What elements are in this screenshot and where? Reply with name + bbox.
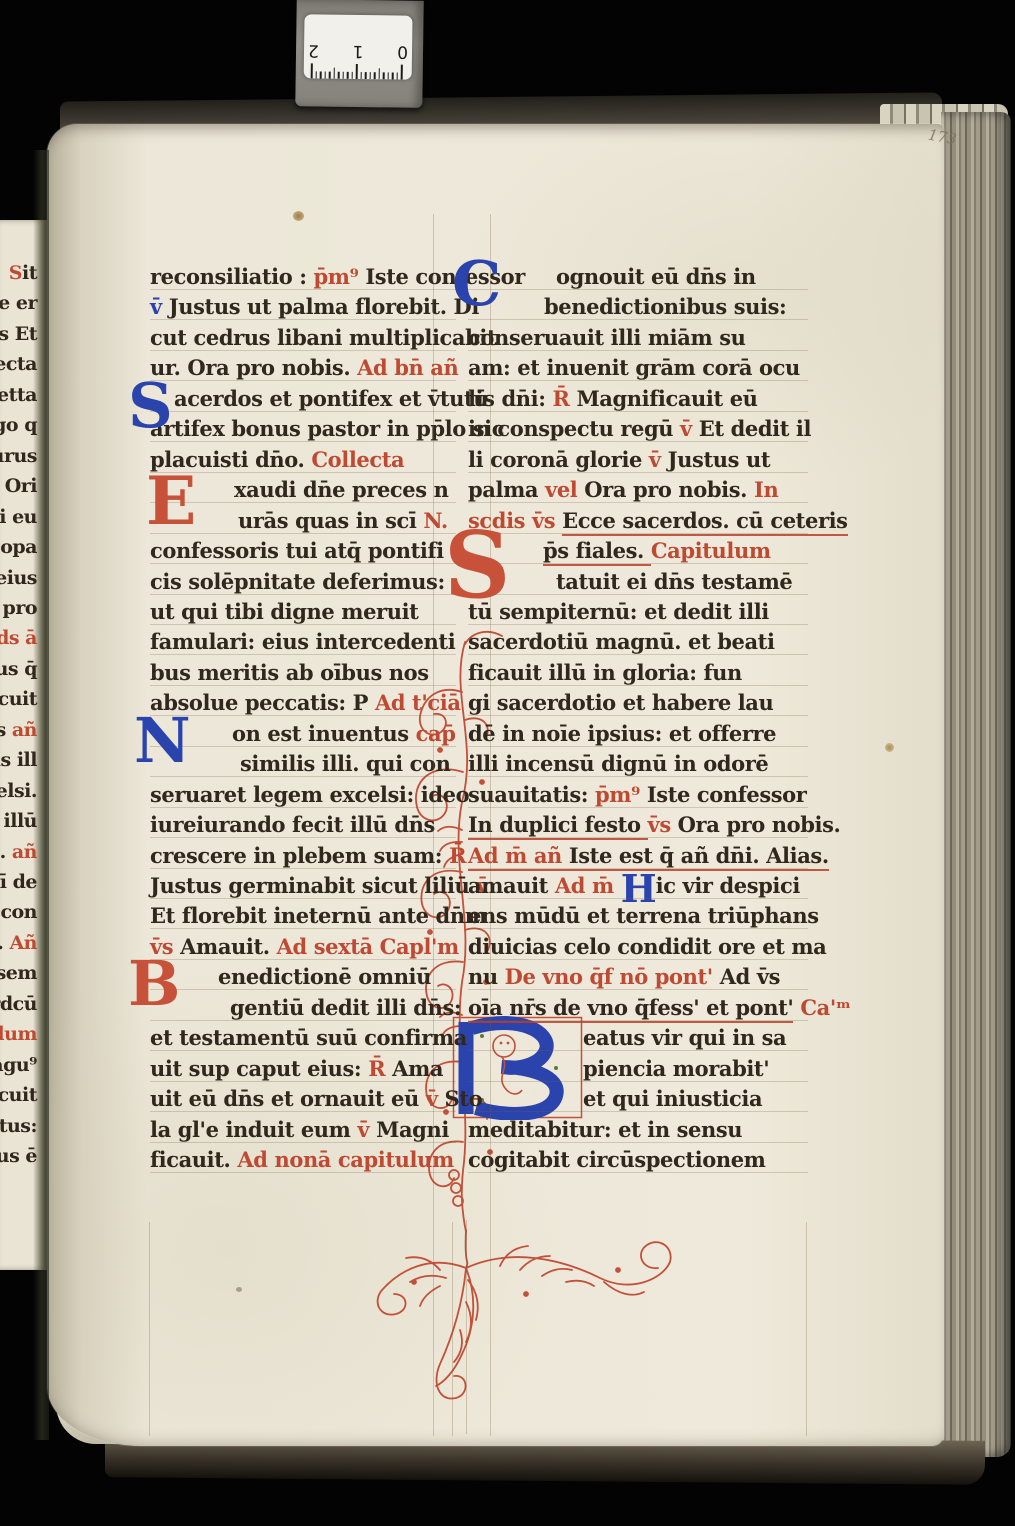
ruling-line xyxy=(150,685,456,686)
ruling-line xyxy=(150,1142,456,1143)
fragment-line: nturus xyxy=(0,445,37,467)
fragment-line: acuit xyxy=(0,1084,37,1106)
ruling-line xyxy=(150,350,456,351)
text-segment: urās quas in scī xyxy=(238,508,423,533)
text-segment: artifex bonus pastor in pp̄lo sic xyxy=(150,416,504,441)
fragment-line: rdcū xyxy=(0,993,37,1015)
fragment-line: qui eu xyxy=(0,506,37,528)
previous-page-text-fragments: Sitrne ers Etectauettago qnturusv̄ Oriqu… xyxy=(0,220,47,1270)
text-segment: in conspectu regū xyxy=(468,416,680,441)
text-segment: Justus germinabit sicut liliū xyxy=(150,873,476,898)
text-line: li coronā glorie v̄ Justus ut xyxy=(468,445,770,474)
text-line: et qui iniusticia xyxy=(583,1084,762,1113)
text-segment: añ xyxy=(12,841,37,863)
text-segment: v̄ xyxy=(150,294,169,319)
ruling-line xyxy=(468,928,808,929)
text-line: diuicias celo condidit ore et ma xyxy=(468,932,826,961)
text-segment: iureiurando fecit illū dn̄s xyxy=(150,812,435,837)
text-segment: dē in noīe ipsius: et offerre xyxy=(468,721,776,746)
text-segment: conseruauit illi miām su xyxy=(468,325,746,350)
text-segment: Añ xyxy=(9,932,37,954)
text-segment: sem xyxy=(0,962,37,984)
ruling-line xyxy=(150,837,456,838)
text-line: nu De vno q̄f nō pont' Ad v̄s xyxy=(468,962,780,991)
text-segment: tū sempiternū: et dedit illi xyxy=(468,599,769,624)
fragment-line: tus ē xyxy=(0,1145,37,1167)
text-segment: uī de xyxy=(0,871,37,893)
ruling-line xyxy=(468,776,808,777)
text-segment: Ama xyxy=(392,1056,443,1081)
text-segment: seruaret legem excelsi: ideo xyxy=(150,782,469,807)
ruling-line xyxy=(468,959,808,960)
text-segment: De vno q̄f nō pont' xyxy=(505,964,720,989)
text-line: on est inuentus cap̄ xyxy=(232,719,456,748)
text-segment: lum xyxy=(0,1023,37,1045)
versal-initial-S: S xyxy=(128,380,173,433)
text-segment: uā. xyxy=(0,841,12,863)
text-segment: cut cedrus libani multiplicabit xyxy=(150,325,496,350)
text-segment: la gl'e induit eum xyxy=(150,1117,357,1142)
text-line: benedictionibus suis: xyxy=(544,292,786,321)
text-segment: rdcū xyxy=(0,993,37,1015)
text-segment: v̄ xyxy=(426,1086,445,1111)
text-line: crescere in plebem suam: R̄ xyxy=(150,841,466,870)
fragment-line: v̄ Ori xyxy=(0,475,37,497)
fragment-line: istus: xyxy=(0,1115,37,1137)
ruling-line xyxy=(468,1172,808,1173)
text-segment: ens mūdū et terrena triūphans xyxy=(468,903,819,928)
text-segment: uit eū dn̄s et ornauit eū xyxy=(150,1086,426,1111)
text-segment: rne er xyxy=(0,292,37,314)
text-line: scdis v̄s Ecce sacerdos. cū ceteris xyxy=(468,506,848,535)
text-line: seruaret legem excelsi: ideo xyxy=(150,780,469,809)
text-segment: ur. Ora pro nobis. xyxy=(150,355,357,380)
text-line: cut cedrus libani multiplicabit xyxy=(150,323,496,352)
ruling-line-vertical xyxy=(149,1222,150,1436)
text-segment: Et florebit ineternū ante dn̄m xyxy=(150,903,487,928)
versal-initial-S: S xyxy=(444,526,510,604)
text-line: dē in noīe ipsius: et offerre xyxy=(468,719,776,748)
text-segment: li coronā glorie xyxy=(468,447,649,472)
text-segment: gentiū dedit illi dn̄s: xyxy=(230,995,461,1020)
ruling-line xyxy=(150,868,456,869)
fragment-line: nus q̄ xyxy=(0,658,37,680)
text-segment: istus: xyxy=(0,1115,37,1137)
text-segment: s opa xyxy=(0,536,37,558)
text-segment: am: et inuenit grām corā ocu xyxy=(468,355,800,380)
text-segment: confessoris tui atq̄ pontifi xyxy=(150,538,444,563)
text-segment: v̄ xyxy=(649,447,668,472)
text-segment: ecta xyxy=(0,353,37,375)
ruling-line xyxy=(150,715,456,716)
text-line: iureiurando fecit illū dn̄s xyxy=(150,810,435,839)
text-segment: Ad nonā capitulum xyxy=(237,1147,453,1172)
text-line: in conspectu regū v̄ Et dedit il xyxy=(468,414,811,443)
text-segment: uetta xyxy=(0,384,37,406)
text-segment: palma xyxy=(468,477,545,502)
text-line: amauit Ad m̄ Hic vir despici xyxy=(468,871,800,900)
ruling-line xyxy=(468,624,808,625)
ruling-line xyxy=(468,1111,808,1112)
text-segment: vel xyxy=(545,477,584,502)
text-segment: In xyxy=(754,477,778,502)
ruling-line-vertical xyxy=(806,1222,807,1436)
text-segment: cap̄ xyxy=(416,721,456,746)
ruling-line xyxy=(150,594,456,595)
text-line: acerdos et pontifex et v̄tutū xyxy=(174,384,488,413)
text-line: cis solēpnitate deferimus: xyxy=(150,567,445,596)
text-line: gi sacerdotio et habere lau xyxy=(468,688,773,717)
ruling-line xyxy=(468,1020,808,1021)
ruling-line xyxy=(468,746,808,747)
text-segment: benedictionibus suis: xyxy=(544,294,786,319)
ruling-line xyxy=(468,807,808,808)
text-segment: piencia morabit' xyxy=(583,1056,769,1081)
text-segment: reconsiliatio : xyxy=(150,264,314,289)
fragment-line: s añ xyxy=(0,719,37,741)
text-segment: nturus xyxy=(0,445,37,467)
fragment-line: r pro xyxy=(0,597,37,619)
text-segment: añ xyxy=(12,719,37,741)
text-segment: go q xyxy=(0,414,37,436)
text-line: Et florebit ineternū ante dn̄m xyxy=(150,901,487,930)
text-segment: ids ā xyxy=(0,627,37,649)
text-segment: Ad t'ciā xyxy=(375,690,461,715)
text-segment: Magnificauit eū xyxy=(576,386,757,411)
text-segment: Ca'ᵐ xyxy=(793,995,850,1020)
text-segment: s xyxy=(0,719,12,741)
text-segment: nu xyxy=(468,964,505,989)
text-segment: Ori xyxy=(5,475,37,497)
text-segment: ic vir despici xyxy=(656,873,800,898)
text-line: ut qui tibi digne meruit xyxy=(150,597,418,626)
text-segment: diuicias celo condidit ore et ma xyxy=(468,934,826,959)
ruling-line-vertical xyxy=(433,214,434,1436)
ruling-line xyxy=(468,989,808,990)
text-segment: cogitabit circūspectionem xyxy=(468,1147,766,1172)
text-segment: agu⁹ xyxy=(0,1054,37,1076)
text-line: et testamentū suū confirma xyxy=(150,1023,467,1052)
text-segment: Magni xyxy=(376,1117,449,1142)
ruling-line xyxy=(468,411,808,412)
fragment-line: rne er xyxy=(0,292,37,314)
text-segment: oīa nr̄s de vno q̄fess' et pont' xyxy=(468,995,793,1023)
ruling-line xyxy=(150,289,456,290)
text-segment: illi incensū dignū in odorē xyxy=(468,751,768,776)
text-segment: Et dedit il xyxy=(699,416,811,441)
text-line: uit sup caput eius: R̄ Ama xyxy=(150,1054,443,1083)
fragment-line: iacuit xyxy=(0,688,37,710)
text-line: gentiū dedit illi dn̄s: xyxy=(230,993,461,1022)
text-segment: ficauit illū in gloria: fun xyxy=(468,660,742,685)
fragment-line: Sit xyxy=(9,262,37,284)
text-segment: acuit xyxy=(0,1084,37,1106)
text-segment: v̄s xyxy=(648,812,678,837)
ruling-line xyxy=(468,715,808,716)
ruling-line xyxy=(150,1020,456,1021)
text-line: confessoris tui atq̄ pontifi xyxy=(150,536,444,565)
fragment-line: go q xyxy=(0,414,37,436)
versal-initial-E: E xyxy=(146,473,196,529)
text-segment: s Et xyxy=(0,323,37,345)
text-segment: rcelsi. xyxy=(0,780,37,802)
text-segment: Ecce sacerdos. cū ceteris xyxy=(562,508,847,536)
text-segment: Ad m̄ añ xyxy=(468,843,569,871)
ruling-line-vertical xyxy=(452,1222,453,1436)
text-segment: similis illi. qui con xyxy=(240,751,451,776)
text-line: ognouit eū dn̄s in xyxy=(556,262,756,291)
ruling-line xyxy=(468,1142,808,1143)
ruling-line xyxy=(468,837,808,838)
fragment-line: agu⁹ xyxy=(0,1054,37,1076)
text-line: p̄s fiales. Capitulum xyxy=(543,536,771,565)
text-segment: amauit xyxy=(468,873,555,898)
fragment-line: s Et xyxy=(0,323,37,345)
text-segment: iacuit xyxy=(0,688,37,710)
text-segment: R̄ xyxy=(552,386,576,411)
text-line: urās quas in scī N. xyxy=(238,506,448,535)
ruling-line xyxy=(150,441,456,442)
fragment-line: illū xyxy=(4,810,37,832)
text-segment: Iste confessor xyxy=(647,782,807,807)
text-line: cogitabit circūspectionem xyxy=(468,1145,766,1174)
text-segment: p̄m⁹ xyxy=(314,264,366,289)
fragment-line: sem xyxy=(0,962,37,984)
text-line: ficauit illū in gloria: fun xyxy=(468,658,742,687)
ruling-line xyxy=(468,685,808,686)
text-segment: ī con xyxy=(0,901,37,923)
text-line: similis illi. qui con xyxy=(240,749,451,778)
ruling-line xyxy=(468,898,808,899)
ruling-line xyxy=(150,807,456,808)
text-segment: meditabitur: et in sensu xyxy=(468,1117,742,1142)
text-segment: Collecta xyxy=(311,447,404,472)
text-segment: acerdos et pontifex et v̄tutū xyxy=(174,386,488,411)
text-segment: on est inuentus xyxy=(232,721,416,746)
fragment-line: uetta xyxy=(0,384,37,406)
text-line: palma vel Ora pro nobis. In xyxy=(468,475,778,504)
text-line: v̄ Justus ut palma florebit. Di xyxy=(150,292,479,321)
ruling-line xyxy=(468,1081,808,1082)
ruling-line xyxy=(150,989,456,990)
text-segment: v̄ xyxy=(357,1117,376,1142)
text-layer: reconsiliatio : p̄m⁹ Iste confessorv̄ Ju… xyxy=(0,0,1015,1526)
fragment-line: ī con xyxy=(0,901,37,923)
text-line: Justus germinabit sicut liliū v̄ xyxy=(150,871,488,900)
versal-initial-N: N xyxy=(134,715,191,768)
text-segment: et qui iniusticia xyxy=(583,1086,762,1111)
ruling-line xyxy=(150,1050,456,1051)
text-segment: ia eius xyxy=(0,567,37,589)
ruling-line xyxy=(468,380,808,381)
ruling-line xyxy=(150,411,456,412)
text-line: ficauit. Ad nonā capitulum xyxy=(150,1145,454,1174)
text-segment: p̄s fiales. xyxy=(543,538,651,566)
text-segment: cis solēpnitate deferimus: xyxy=(150,569,445,594)
text-segment: bus meritis ab oībus nos xyxy=(150,660,429,685)
text-segment: lis ill xyxy=(0,749,37,771)
text-segment: lis dn̄i: xyxy=(468,386,552,411)
text-segment: it xyxy=(22,262,37,284)
ruling-line xyxy=(150,1081,456,1082)
ruling-line xyxy=(150,380,456,381)
text-segment: Capitulum xyxy=(651,538,771,563)
ruling-line-vertical xyxy=(466,1220,467,1434)
ruling-line xyxy=(150,624,456,625)
text-segment: Ad v̄s xyxy=(720,964,780,989)
versal-initial-C: C xyxy=(452,258,501,311)
text-segment: gi sacerdotio et habere lau xyxy=(468,690,773,715)
fragment-line: lis ill xyxy=(0,749,37,771)
ruling-line xyxy=(468,502,808,503)
ruling-line xyxy=(468,350,808,351)
text-line: v̄s Amauit. Ad sextā Capl'm xyxy=(150,932,459,961)
text-segment: Iste est q̄ añ dn̄i. Alias. xyxy=(569,843,829,871)
fragment-line: uā. añ xyxy=(0,841,37,863)
text-line: tū sempiternū: et dedit illi xyxy=(468,597,769,626)
text-line: In duplici festo v̄s Ora pro nobis. xyxy=(468,810,840,839)
text-line: ens mūdū et terrena triūphans xyxy=(468,901,819,930)
ruling-line xyxy=(468,441,808,442)
fragment-line: s opa xyxy=(0,536,37,558)
text-segment: enedictionē omniū xyxy=(218,964,431,989)
ruling-line xyxy=(150,776,456,777)
ruling-line xyxy=(468,654,808,655)
text-segment: Ora pro nobis. xyxy=(584,477,754,502)
text-segment: p̄m⁹ xyxy=(595,782,647,807)
ruling-line xyxy=(150,563,456,564)
text-segment: R̄ xyxy=(449,843,466,868)
text-segment: v̄ xyxy=(680,416,699,441)
ruling-line xyxy=(150,959,456,960)
ruling-line xyxy=(150,898,456,899)
text-line: lis dn̄i: R̄ Magnificauit eū xyxy=(468,384,758,413)
ruling-line xyxy=(150,654,456,655)
ruling-line xyxy=(468,472,808,473)
text-segment: Ad bn̄ añ xyxy=(357,355,458,380)
text-line: enedictionē omniū xyxy=(218,962,431,991)
text-segment: Ora pro nobis. xyxy=(678,812,841,837)
fragment-line: ia eius xyxy=(0,567,37,589)
fragment-line: ids ā xyxy=(0,627,37,649)
ruling-line xyxy=(468,533,808,534)
text-segment: qui eu xyxy=(0,506,37,528)
ruling-line xyxy=(468,289,808,290)
text-line: sacerdotiū magnū. et beati xyxy=(468,627,775,656)
text-line: artifex bonus pastor in pp̄lo sic xyxy=(150,414,504,443)
text-line: ur. Ora pro nobis. Ad bn̄ añ xyxy=(150,353,458,382)
text-segment: tatuit ei dn̄s testamē xyxy=(556,569,792,594)
text-segment: ficauit. xyxy=(150,1147,237,1172)
text-line: tatuit ei dn̄s testamē xyxy=(556,567,792,596)
text-segment: eatus vir qui in sa xyxy=(583,1025,786,1050)
text-segment: ut qui tibi digne meruit xyxy=(150,599,418,624)
ruling-line xyxy=(150,746,456,747)
text-line: absolue peccatis: P Ad t'ciā xyxy=(150,688,461,717)
fragment-line: lum xyxy=(0,1023,37,1045)
text-line: la gl'e induit eum v̄ Magni xyxy=(150,1115,449,1144)
text-segment: R̄ xyxy=(368,1056,392,1081)
text-line: illi incensū dignū in odorē xyxy=(468,749,768,778)
text-segment: xaudi dn̄e preces n xyxy=(234,477,448,502)
ruling-line xyxy=(468,594,808,595)
ruling-line-vertical xyxy=(490,214,491,1436)
text-line: conseruauit illi miām su xyxy=(468,323,746,352)
ruling-line xyxy=(150,928,456,929)
text-segment: uit sup caput eius: xyxy=(150,1056,368,1081)
text-segment: Sto xyxy=(445,1086,483,1111)
text-segment: S xyxy=(9,262,22,284)
text-segment: crescere in plebem suam: xyxy=(150,843,449,868)
ruling-line xyxy=(468,319,808,320)
ruling-line xyxy=(468,1050,808,1051)
text-segment: ognouit eū dn̄s in xyxy=(556,264,756,289)
text-line: bus meritis ab oībus nos xyxy=(150,658,429,687)
text-segment: Ad sextā Capl'm xyxy=(277,934,459,959)
manuscript-photo: 0 1 2 173 xyxy=(0,0,1015,1526)
text-line: meditabitur: et in sensu xyxy=(468,1115,742,1144)
text-segment: sacerdotiū magnū. et beati xyxy=(468,629,775,654)
text-segment: r pro xyxy=(0,597,37,619)
text-line: piencia morabit' xyxy=(583,1054,769,1083)
text-segment: In duplici festo xyxy=(468,812,648,840)
text-line: xaudi dn̄e preces n xyxy=(234,475,448,504)
text-segment: famulari: eius intercedenti xyxy=(150,629,455,654)
text-segment: Ad m̄ xyxy=(555,873,621,898)
fragment-line: uī de xyxy=(0,871,37,893)
fragment-line: ecta xyxy=(0,353,37,375)
text-segment: tus ē xyxy=(0,1145,37,1167)
text-segment: Justus ut xyxy=(668,447,771,472)
versal-initial-B: B xyxy=(128,958,180,1011)
ruling-line xyxy=(468,563,808,564)
fragment-line: rcelsi. xyxy=(0,780,37,802)
text-line: am: et inuenit grām corā ocu xyxy=(468,353,800,382)
text-segment: Amauit. xyxy=(180,934,277,959)
text-line: eatus vir qui in sa xyxy=(583,1023,786,1052)
text-line: famulari: eius intercedenti xyxy=(150,627,455,656)
ruling-line xyxy=(150,1111,456,1112)
ruling-line xyxy=(150,319,456,320)
text-line: suauitatis: p̄m⁹ Iste confessor xyxy=(468,780,806,809)
text-segment: et testamentū suū confirma xyxy=(150,1025,467,1050)
text-segment: illū xyxy=(4,810,37,832)
text-segment: suauitatis: xyxy=(468,782,595,807)
ruling-line xyxy=(150,1172,456,1173)
fragment-line: s. Añ xyxy=(0,932,37,954)
text-segment: nus q̄ xyxy=(0,658,37,680)
text-line: oīa nr̄s de vno q̄fess' et pont' Ca'ᵐ xyxy=(468,993,851,1022)
